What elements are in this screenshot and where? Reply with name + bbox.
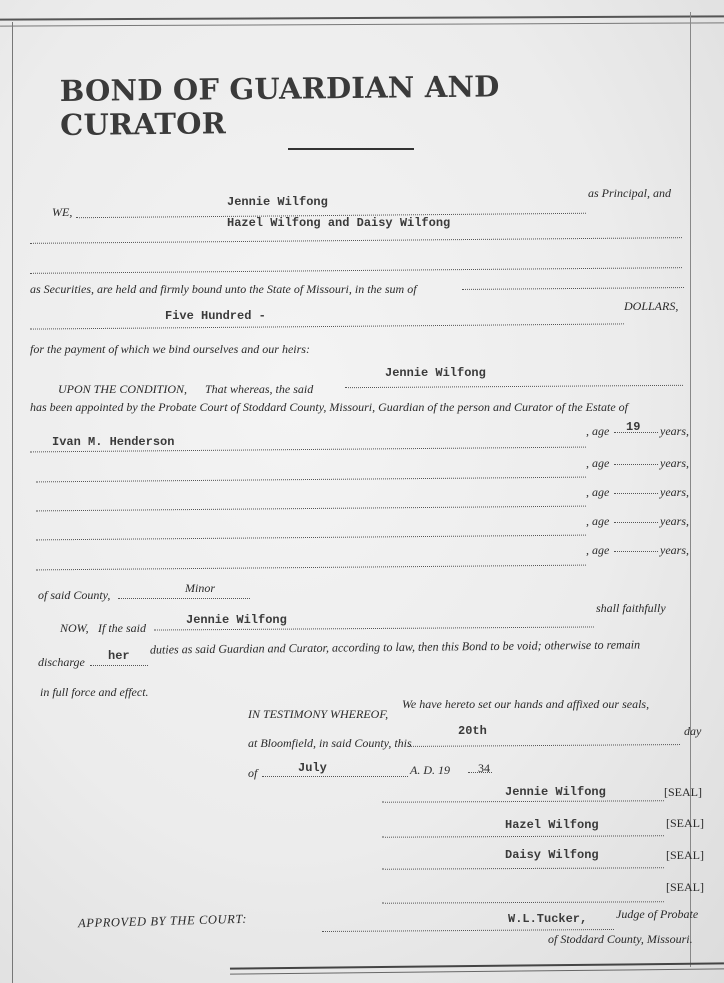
- approved-label: APPROVED BY THE COURT:: [78, 912, 247, 931]
- force-text: in full force and effect.: [40, 685, 149, 700]
- seal-label-4: [SEAL]: [666, 880, 704, 895]
- testimony-label: IN TESTIMONY WHEREOF,: [248, 707, 388, 722]
- seal-label-2: [SEAL]: [666, 816, 704, 831]
- we-label: WE,: [52, 205, 72, 220]
- judge-name[interactable]: W.L.Tucker,: [508, 912, 587, 926]
- now-label-text: NOW,: [60, 621, 89, 635]
- seal-label-3: [SEAL]: [666, 848, 704, 863]
- age-label-3: , age: [586, 485, 609, 500]
- principal-name[interactable]: Jennie Wilfong: [227, 195, 328, 209]
- bottom-border-rule: [230, 962, 724, 974]
- signature-line-2: [382, 835, 664, 837]
- day-value[interactable]: 20th: [458, 724, 487, 738]
- ward-name-1[interactable]: Ivan M. Henderson: [52, 435, 174, 449]
- appointed-text: has been appointed by the Probate Court …: [30, 400, 628, 415]
- years-label-3: years,: [660, 485, 689, 500]
- year-suffix[interactable]: 34: [478, 761, 490, 776]
- signature-2[interactable]: Hazel Wilfong: [505, 818, 599, 832]
- condition-label-text: UPON THE CONDITION,: [58, 382, 187, 396]
- condition-text: That whereas, the said: [205, 382, 313, 397]
- day-line: [408, 744, 680, 747]
- month-value[interactable]: July: [298, 761, 327, 775]
- left-border: [12, 22, 13, 983]
- sum-line: [30, 323, 624, 329]
- signature-3[interactable]: Daisy Wilfong: [505, 848, 599, 862]
- securities-names[interactable]: Hazel Wilfong and Daisy Wilfong: [227, 216, 450, 230]
- document-title: BOND OF GUARDIAN AND CURATOR: [60, 68, 661, 142]
- now-label: NOW,: [60, 621, 89, 636]
- ward-line-2: [36, 477, 586, 483]
- pronoun-line: [90, 665, 148, 666]
- years-label-1: years,: [660, 424, 689, 439]
- signature-line-1: [382, 800, 664, 802]
- seal-label-1: [SEAL]: [664, 785, 702, 800]
- as-principal-label: as Principal, and: [588, 186, 671, 201]
- top-border-rule: [0, 15, 724, 26]
- age-line-5: [614, 551, 658, 552]
- age-line-4: [614, 522, 658, 523]
- age-label-5: , age: [586, 543, 609, 558]
- securities-line: [30, 237, 682, 244]
- title-underline: [288, 148, 414, 150]
- payment-text: for the payment of which we bind ourselv…: [30, 342, 310, 357]
- condition-label: UPON THE CONDITION,: [58, 382, 187, 397]
- securities-text: as Securities, are held and firmly bound…: [30, 282, 417, 297]
- month-line: [262, 776, 408, 777]
- years-label-5: years,: [660, 543, 689, 558]
- signature-line-4: [382, 901, 664, 903]
- age-label-4: , age: [586, 514, 609, 529]
- minor-value: Minor: [185, 581, 215, 596]
- now-name-line: [154, 626, 594, 630]
- years-label-2: years,: [660, 456, 689, 471]
- duties-text: duties as said Guardian and Curator, acc…: [150, 637, 640, 657]
- condition-name-line: [345, 385, 683, 388]
- securities-line-2: [30, 267, 682, 274]
- age-line-3: [614, 493, 658, 494]
- county-label: of said County,: [38, 588, 110, 603]
- discharge-label: discharge: [38, 655, 85, 670]
- age-line-2: [614, 464, 658, 465]
- bond-document: BOND OF GUARDIAN AND CURATOR WE, Jennie …: [0, 0, 724, 983]
- place-text: at Bloomfield, in said County, this: [248, 736, 412, 751]
- now-name[interactable]: Jennie Wilfong: [186, 613, 287, 627]
- sum-line-1: [462, 287, 684, 290]
- age-label-1: , age: [586, 424, 609, 439]
- minor-line: [118, 598, 250, 599]
- ward-age-1[interactable]: 19: [626, 420, 640, 434]
- ad-label: A. D. 19: [410, 763, 450, 778]
- signature-1[interactable]: Jennie Wilfong: [505, 785, 606, 799]
- years-label-4: years,: [660, 514, 689, 529]
- testimony-text: We have hereto set our hands and affixed…: [402, 697, 649, 712]
- faithfully-label: shall faithfully: [596, 601, 666, 616]
- judge-title: Judge of Probate: [616, 907, 698, 922]
- ward-line-3: [36, 506, 586, 512]
- judge-county: of Stoddard County, Missouri.: [548, 932, 693, 947]
- condition-name[interactable]: Jennie Wilfong: [385, 366, 486, 380]
- bond-sum[interactable]: Five Hundred -: [165, 309, 266, 323]
- of-label: of: [248, 766, 257, 781]
- dollars-label: DOLLARS,: [624, 299, 678, 314]
- signature-line-3: [382, 867, 664, 869]
- pronoun-value[interactable]: her: [108, 649, 130, 663]
- age-label-2: , age: [586, 456, 609, 471]
- ward-line-5: [36, 565, 586, 571]
- ward-line-4: [36, 535, 586, 541]
- now-text: If the said: [98, 621, 146, 636]
- day-label: day: [684, 724, 701, 739]
